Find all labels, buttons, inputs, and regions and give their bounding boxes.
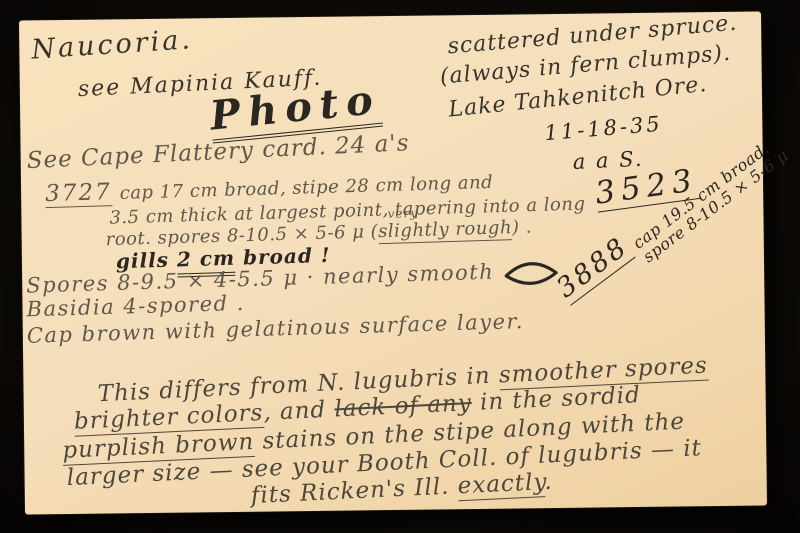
comparison-line-2-mid: , and [263,397,335,426]
genus-title: Naucoria. [31,26,194,65]
slightly-rough-text: slightly rough [378,217,512,242]
annotation-spore-size: spore 8-10.5 × 5-6 μ [640,147,791,266]
comparison-line-5-post: . [544,469,554,495]
basidia-note: Basidia 4-spored . [26,292,245,321]
description-line-3-post: ) . [512,217,533,239]
lack-of-any-struck: lack of any [334,390,472,422]
slightly-rough-underlined: veryslightly rough [378,217,513,244]
collection-number-3888: 3888 [552,233,635,306]
collection-number-3727: 3727 [45,180,112,208]
inserted-word-very: very [387,207,418,220]
collector-initials: a a S. [572,148,644,173]
date-note: 11-18-35 [544,113,664,145]
spore-drawing [501,256,561,292]
spore-measurement-note: Spores 8-9.5 × 4-5.5 μ · nearly smooth [26,261,495,297]
exactly-underlined: exactly [457,469,545,501]
index-card: Naucoria. see Mapinia Kauff. Photo See C… [19,11,767,514]
scan-background: Naucoria. see Mapinia Kauff. Photo See C… [0,0,800,533]
